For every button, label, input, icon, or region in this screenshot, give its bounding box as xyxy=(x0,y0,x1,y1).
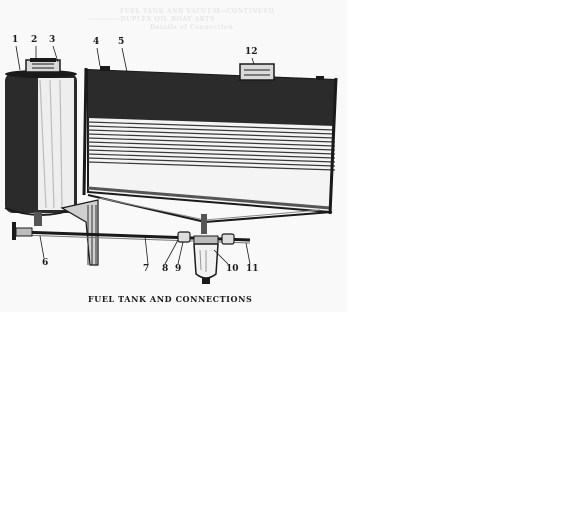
callout-2: 2 xyxy=(31,36,37,45)
callout-12: 12 xyxy=(245,48,258,57)
callout-3: 3 xyxy=(49,36,55,45)
callout-1: 1 xyxy=(12,36,18,45)
callout-5: 5 xyxy=(118,38,124,47)
callout-6: 6 xyxy=(42,259,48,268)
callout-4: 4 xyxy=(93,38,99,47)
callout-9: 9 xyxy=(175,265,181,274)
figure-caption: FUEL TANK AND CONNECTIONS xyxy=(88,294,252,304)
main-fuel-tank xyxy=(84,64,336,222)
fuel-filter-sediment-bowl xyxy=(194,236,218,284)
callout-8: 8 xyxy=(162,265,168,274)
callout-11: 11 xyxy=(246,265,259,274)
callout-10: 10 xyxy=(226,265,239,274)
callout-7: 7 xyxy=(143,265,149,274)
vacuum-canister xyxy=(5,58,77,226)
scanned-page: FUEL TANK AND VACUUM—CONTINUED —————DUPL… xyxy=(0,0,347,312)
fuel-tank-illustration xyxy=(0,0,347,312)
